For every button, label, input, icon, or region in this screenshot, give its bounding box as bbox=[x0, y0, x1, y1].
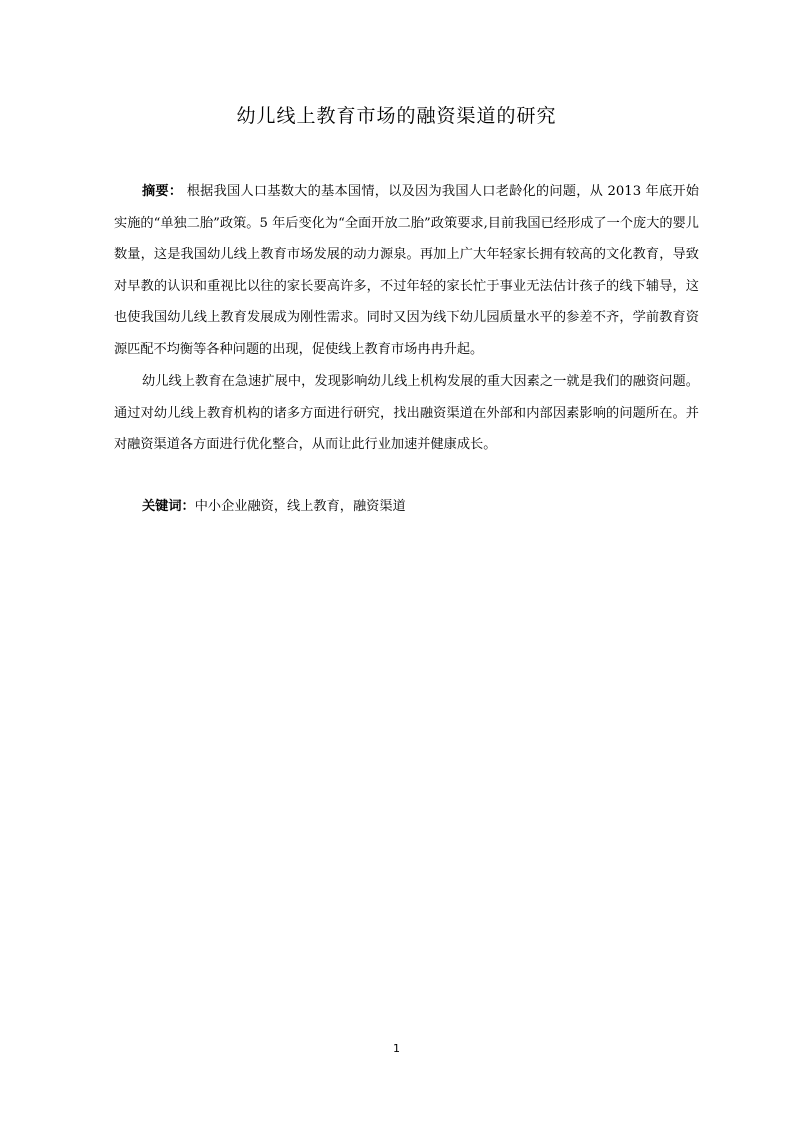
abstract-text: 根据我国人口基数大的基本国情，以及因为我国人口老龄化的问题，从 2013 年底开… bbox=[114, 184, 699, 357]
keywords-text: 中小企业融资，线上教育，融资渠道 bbox=[195, 499, 406, 514]
abstract-label: 摘要： bbox=[142, 184, 182, 199]
body-paragraph-section: 幼儿线上教育在急速扩展中，发现影响幼儿线上机构发展的重大因素之一就是我们的融资问… bbox=[114, 366, 699, 461]
document-title: 幼儿线上教育市场的融资渠道的研究 bbox=[0, 100, 793, 132]
abstract-section: 摘要： 根据我国人口基数大的基本国情，以及因为我国人口老龄化的问题，从 2013… bbox=[114, 176, 699, 365]
document-page: 幼儿线上教育市场的融资渠道的研究 摘要： 根据我国人口基数大的基本国情，以及因为… bbox=[0, 0, 793, 1122]
keywords-label: 关键词： bbox=[142, 499, 195, 514]
abstract-paragraph: 摘要： 根据我国人口基数大的基本国情，以及因为我国人口老龄化的问题，从 2013… bbox=[114, 176, 699, 365]
keywords-paragraph: 关键词：中小企业融资，线上教育，融资渠道 bbox=[114, 491, 699, 523]
keywords-section: 关键词：中小企业融资，线上教育，融资渠道 bbox=[114, 491, 699, 523]
body-paragraph: 幼儿线上教育在急速扩展中，发现影响幼儿线上机构发展的重大因素之一就是我们的融资问… bbox=[114, 366, 699, 461]
page-number: 1 bbox=[0, 1042, 793, 1055]
